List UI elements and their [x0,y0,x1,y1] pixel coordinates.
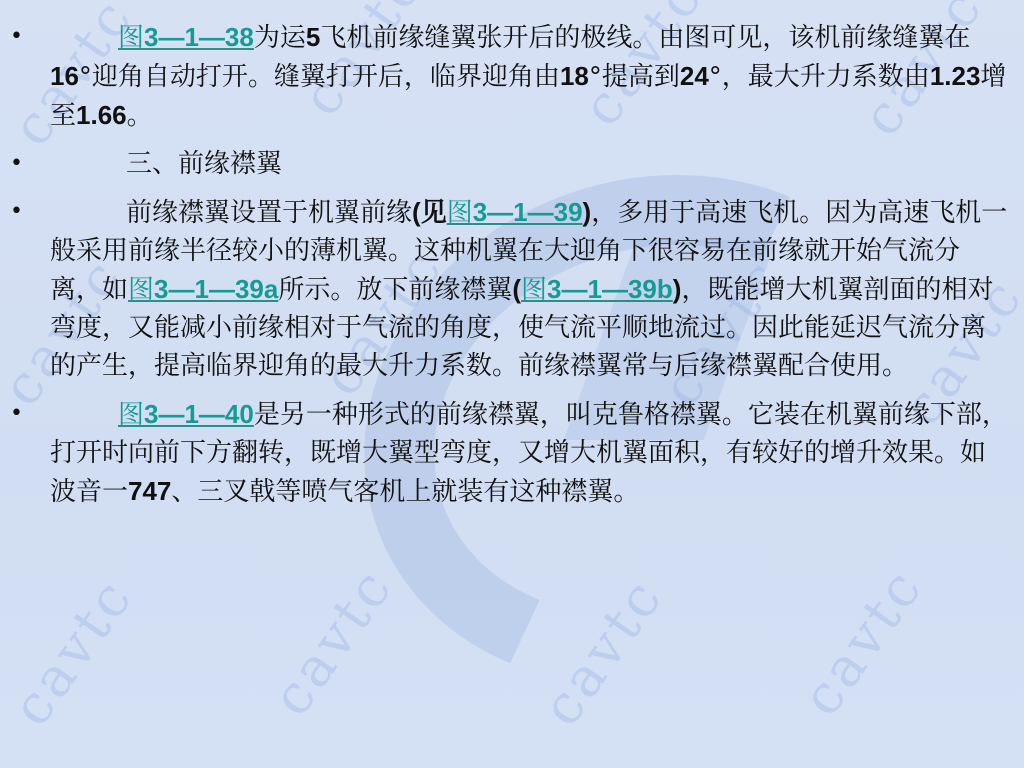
bullet-paragraph-slat-polar: • 图3—1—38为运5飞机前缘缝翼张开后的极线。由图可见，该机前缘缝翼在16°… [0,18,1024,135]
figure-link-3-1-40[interactable]: 图3—1—40 [118,399,254,429]
link-prefix: 图 [128,275,154,305]
figure-link-3-1-38[interactable]: 图3—1—38 [118,22,254,52]
figure-link-3-1-39[interactable]: 图3—1—39 [447,197,583,227]
link-ref: 3—1—39a [154,274,278,304]
link-ref: 3—1—38 [144,22,254,52]
link-prefix: 图 [447,198,473,228]
bold-number: 16 [50,61,79,91]
bold-number: 18 [560,61,589,91]
figure-link-3-1-39a[interactable]: 图3—1—39a [128,274,278,304]
link-ref: 3—1—39 [473,197,583,227]
link-prefix: 图 [118,23,144,53]
bold-number: 24 [680,61,709,91]
text: ( [512,274,521,304]
text: 飞机前缘缝翼张开后的极线。由图可见，该机前缘缝翼在 [320,23,970,53]
text: (见 [412,197,447,227]
bullet-dot-icon: • [10,18,30,56]
slide-content: • 图3—1—38为运5飞机前缘缝翼张开后的极线。由图可见，该机前缘缝翼在16°… [0,18,1024,521]
bullet-dot-icon: • [10,395,30,433]
text: 为运 [254,23,306,53]
watermark-text: cavtc [0,566,146,737]
text: °提高到 [589,62,680,92]
text: °迎角自动打开。缝翼打开后，临界迎角由 [79,62,560,92]
bullet-dot-icon: • [10,193,30,231]
watermark-text: cavtc [259,556,405,727]
bullet-heading-leading-edge-flap: • 三、前缘襟翼 [0,145,1024,183]
text: 所示。放下前缘襟翼 [278,275,512,305]
bold-number: 5 [306,22,320,52]
bold-number: 1.66 [76,100,127,130]
text: ) [583,197,592,227]
bold-number: 747 [128,476,171,506]
slide-background: cavtc cavtc cavtc cavtc cavtc cavtc cavt… [0,0,1024,768]
figure-link-3-1-39b[interactable]: 图3—1—39b [521,274,673,304]
link-ref: 3—1—40 [144,399,254,429]
link-prefix: 图 [118,400,144,430]
text: 前缘襟翼设置于机翼前缘 [126,198,412,228]
bold-number: 1.23 [930,61,981,91]
text: °，最大升力系数由 [709,62,930,92]
link-ref: 3—1—39b [547,274,673,304]
link-prefix: 图 [521,275,547,305]
bullet-dot-icon: • [10,145,30,183]
text: 。 [127,101,153,131]
bullet-paragraph-krueger-flap: • 图3—1—40是另一种形式的前缘襟翼，叫克鲁格襟翼。它装在机翼前缘下部，打开… [0,395,1024,511]
text: 、三叉戟等喷气客机上就装有这种襟翼。 [171,477,639,507]
section-heading: 三、前缘襟翼 [126,149,282,179]
bullet-paragraph-leading-edge-flap: • 前缘襟翼设置于机翼前缘(见图3—1—39)，多用于高速飞机。因为高速飞机一般… [0,193,1024,385]
